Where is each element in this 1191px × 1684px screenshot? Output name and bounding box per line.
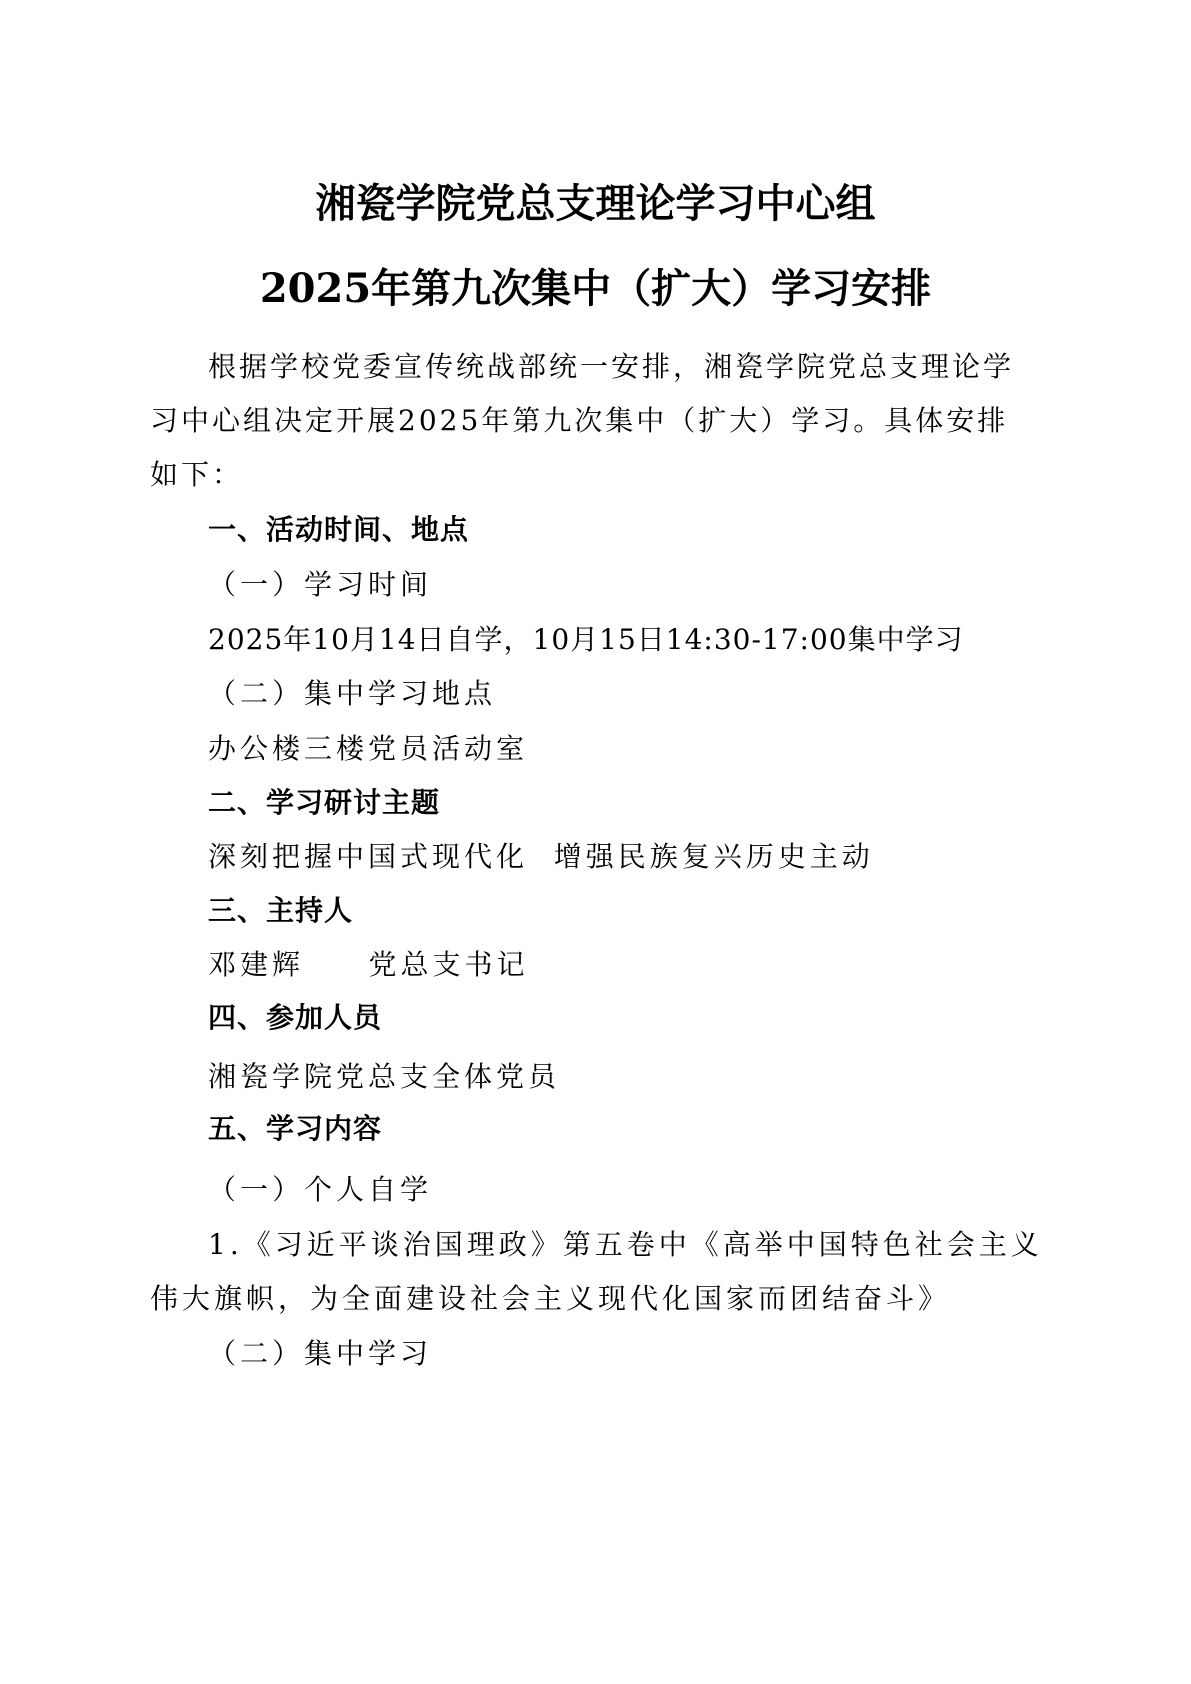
section-5-sub-2-heading: （二）集中学习 — [208, 1336, 432, 1372]
section-5-sub-1-content-line-1: 1.《习近平谈治国理政》第五卷中《高举中国特色社会主义 — [208, 1227, 1043, 1263]
section-3-heading: 三、主持人 — [208, 893, 353, 929]
document-title-line-2: 2025年第九次集中（扩大）学习安排 — [0, 265, 1191, 313]
document-page: 湘瓷学院党总支理论学习中心组 2025年第九次集中（扩大）学习安排 根据学校党委… — [0, 0, 1191, 1684]
section-2-heading: 二、学习研讨主题 — [208, 785, 440, 821]
section-5-sub-1-heading: （一）个人自学 — [208, 1172, 432, 1208]
section-2-content: 深刻把握中国式现代化 增强民族复兴历史主动 — [208, 839, 874, 875]
section-5-sub-1-content-line-2: 伟大旗帜，为全面建设社会主义现代化国家而团结奋斗》 — [150, 1281, 950, 1317]
section-3-content: 邓建辉 党总支书记 — [208, 947, 529, 983]
intro-paragraph-line-1: 根据学校党委宣传统战部统一安排，湘瓷学院党总支理论学 — [208, 349, 1014, 385]
document-title-line-1: 湘瓷学院党总支理论学习中心组 — [0, 180, 1191, 228]
section-1-sub-2-content: 办公楼三楼党员活动室 — [208, 731, 528, 767]
section-1-sub-2-heading: （二）集中学习地点 — [208, 676, 496, 712]
section-1-sub-1-content: 2025年10月14日自学，10月15日14:30-17:00集中学习 — [208, 622, 964, 658]
section-1-sub-1-heading: （一）学习时间 — [208, 567, 432, 603]
intro-paragraph-line-2: 习中心组决定开展2025年第九次集中（扩大）学习。具体安排 — [150, 403, 1008, 439]
section-1-heading: 一、活动时间、地点 — [208, 512, 469, 548]
intro-paragraph-line-3: 如下： — [150, 457, 243, 493]
section-4-content: 湘瓷学院党总支全体党员 — [208, 1059, 560, 1095]
section-4-heading: 四、参加人员 — [208, 1000, 382, 1036]
section-5-heading: 五、学习内容 — [208, 1111, 382, 1147]
